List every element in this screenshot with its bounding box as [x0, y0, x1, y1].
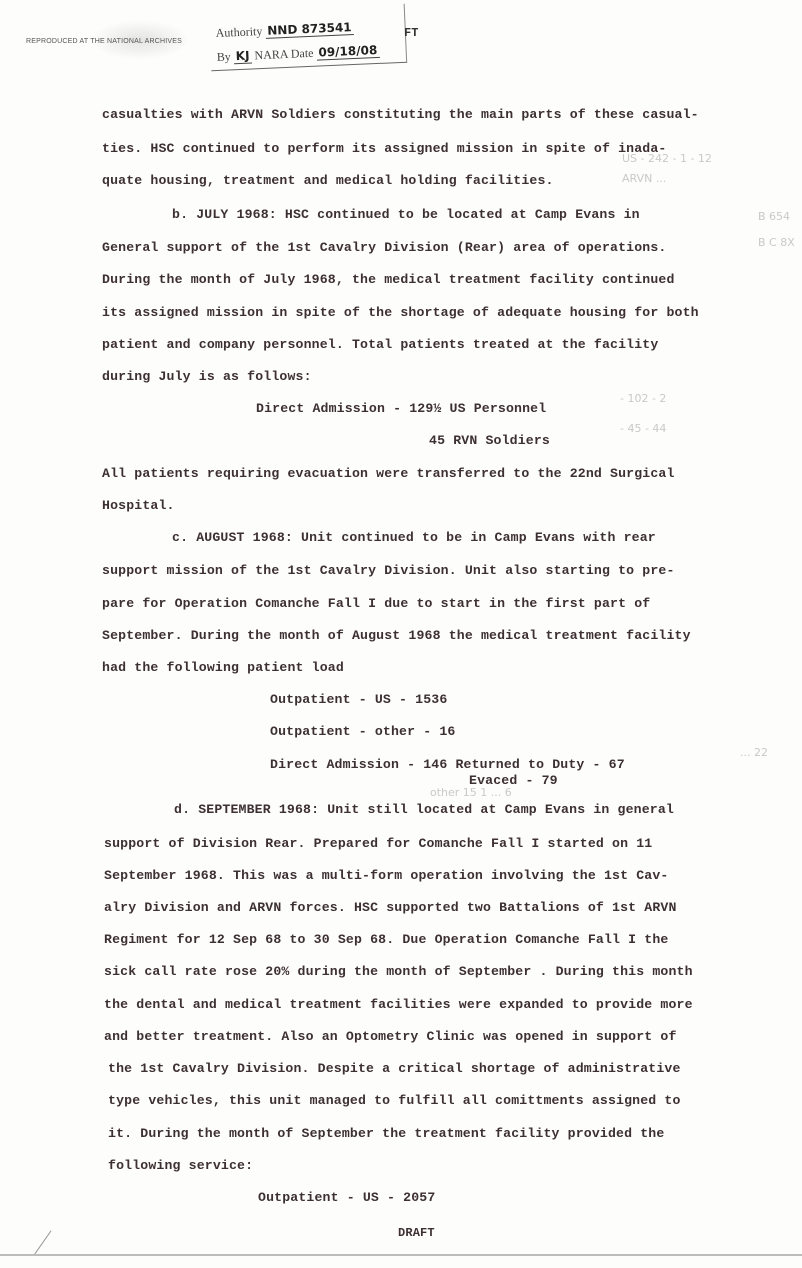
by-value: KJ: [233, 48, 251, 64]
body-line: During the month of July 1968, the medic…: [102, 272, 675, 287]
body-line: during July is as follows:: [102, 369, 312, 384]
stat-direct-admission-aug: Direct Admission - 146 Returned to Duty …: [270, 757, 625, 772]
scan-mark: [33, 1230, 51, 1255]
stat-outpatient-other-aug: Outpatient - other - 16: [270, 724, 455, 739]
pencil-note: B 654: [758, 210, 790, 223]
archives-label: REPRODUCED AT THE NATIONAL ARCHIVES: [26, 38, 182, 45]
body-line: type vehicles, this unit managed to fulf…: [108, 1093, 681, 1108]
body-line: ties. HSC continued to perform its assig…: [102, 141, 666, 156]
document-page: REPRODUCED AT THE NATIONAL ARCHIVES Auth…: [0, 0, 802, 1268]
pencil-note: ARVN ...: [622, 172, 666, 185]
pencil-note: other 15 1 ... 6: [430, 786, 512, 799]
authority-label: Authority: [215, 24, 262, 40]
stat-outpatient-us-aug: Outpatient - US - 1536: [270, 692, 447, 707]
body-line: the 1st Cavalry Division. Despite a crit…: [108, 1061, 681, 1076]
body-line: September 1968. This was a multi-form op…: [104, 868, 668, 883]
pencil-note: B C 8X: [758, 236, 795, 249]
body-line: pare for Operation Comanche Fall I due t…: [102, 596, 650, 611]
pencil-note: ... 22: [740, 746, 768, 759]
body-line: patient and company personnel. Total pat…: [102, 337, 658, 352]
body-line: September. During the month of August 19…: [102, 628, 691, 643]
section-c-heading: c. AUGUST 1968: Unit continued to be in …: [172, 530, 656, 545]
body-line: All patients requiring evacuation were t…: [102, 466, 675, 481]
pencil-note: US - 242 - 1 - 12: [622, 152, 712, 165]
body-line: support mission of the 1st Cavalry Divis…: [102, 563, 675, 578]
stat-outpatient-us-sep: Outpatient - US - 2057: [258, 1190, 435, 1205]
declassification-stamp: Authority NND 873541 By KJ NARA Date 09/…: [209, 4, 407, 71]
nara-date-label: NARA Date: [254, 46, 314, 63]
draft-footer: DRAFT: [398, 1226, 435, 1240]
stat-direct-admission-us: Direct Admission - 129½ US Personnel: [256, 401, 546, 416]
body-line: its assigned mission in spite of the sho…: [102, 305, 699, 320]
body-line: following service:: [108, 1158, 253, 1173]
body-line: quate housing, treatment and medical hol…: [102, 173, 554, 188]
body-line: the dental and medical treatment facilit…: [104, 997, 693, 1012]
nara-date-value: 09/18/08: [316, 43, 379, 61]
section-b-heading: b. JULY 1968: HSC continued to be locate…: [172, 207, 640, 222]
authority-value: NND 873541: [265, 20, 354, 39]
section-d-heading: d. SEPTEMBER 1968: Unit still located at…: [174, 802, 674, 817]
body-line: and better treatment. Also an Optometry …: [104, 1029, 677, 1044]
stat-rvn-soldiers: 45 RVN Soldiers: [429, 433, 550, 448]
body-line: support of Division Rear. Prepared for C…: [104, 836, 652, 851]
pencil-note: - 102 - 2: [620, 392, 666, 405]
body-line: had the following patient load: [102, 660, 344, 675]
by-label: By: [216, 49, 231, 64]
body-line: sick call rate rose 20% during the month…: [104, 964, 693, 979]
body-line: General support of the 1st Cavalry Divis…: [102, 240, 666, 255]
body-line: casualties with ARVN Soldiers constituti…: [102, 107, 699, 122]
header-fragment: FT: [404, 26, 418, 40]
body-line: alry Division and ARVN forces. HSC suppo…: [104, 900, 677, 915]
pencil-note: - 45 - 44: [620, 422, 666, 435]
body-line: it. During the month of September the tr…: [108, 1126, 664, 1141]
page-edge-rule: [0, 1254, 802, 1256]
body-line: Regiment for 12 Sep 68 to 30 Sep 68. Due…: [104, 932, 668, 947]
body-line: Hospital.: [102, 498, 175, 513]
